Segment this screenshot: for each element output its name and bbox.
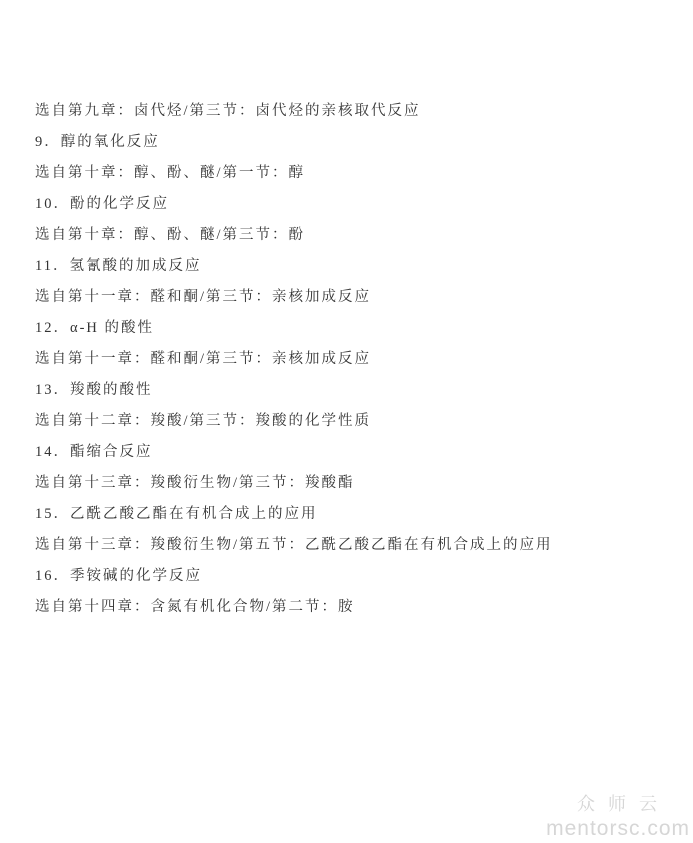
source-line: 选自第十三章：羧酸衍生物/第三节：羧酸酯 xyxy=(35,468,553,499)
source-line: 选自第十章：醇、酚、醚/第三节：酚 xyxy=(35,220,553,251)
source-line: 选自第十一章：醛和酮/第三节：亲核加成反应 xyxy=(35,344,553,375)
outline-item: 16．季铵碱的化学反应 xyxy=(35,561,553,592)
outline-item: 11．氢氰酸的加成反应 xyxy=(35,251,553,282)
watermark: 众 师 云 mentorsc.com xyxy=(546,790,690,841)
outline-item: 15．乙酰乙酸乙酯在有机合成上的应用 xyxy=(35,499,553,530)
source-line: 选自第九章：卤代烃/第三节：卤代烃的亲核取代反应 xyxy=(35,96,553,127)
source-line: 选自第十章：醇、酚、醚/第一节：醇 xyxy=(35,158,553,189)
watermark-domain: mentorsc.com xyxy=(546,817,690,841)
outline-item: 14．酯缩合反应 xyxy=(35,437,553,468)
outline-item: 12．α-H 的酸性 xyxy=(35,313,553,344)
source-line: 选自第十四章：含氮有机化合物/第二节：胺 xyxy=(35,592,553,623)
outline-item: 9．醇的氧化反应 xyxy=(35,127,553,158)
document-page: 选自第九章：卤代烃/第三节：卤代烃的亲核取代反应 9．醇的氧化反应 选自第十章：… xyxy=(0,0,693,843)
source-line: 选自第十三章：羧酸衍生物/第五节：乙酰乙酸乙酯在有机合成上的应用 xyxy=(35,530,553,561)
source-line: 选自第十一章：醛和酮/第三节：亲核加成反应 xyxy=(35,282,553,313)
chapter-outline-list: 选自第九章：卤代烃/第三节：卤代烃的亲核取代反应 9．醇的氧化反应 选自第十章：… xyxy=(35,96,553,623)
source-line: 选自第十二章：羧酸/第三节：羧酸的化学性质 xyxy=(35,406,553,437)
outline-item: 13．羧酸的酸性 xyxy=(35,375,553,406)
watermark-brand: 众 师 云 xyxy=(546,790,690,816)
outline-item: 10．酚的化学反应 xyxy=(35,189,553,220)
